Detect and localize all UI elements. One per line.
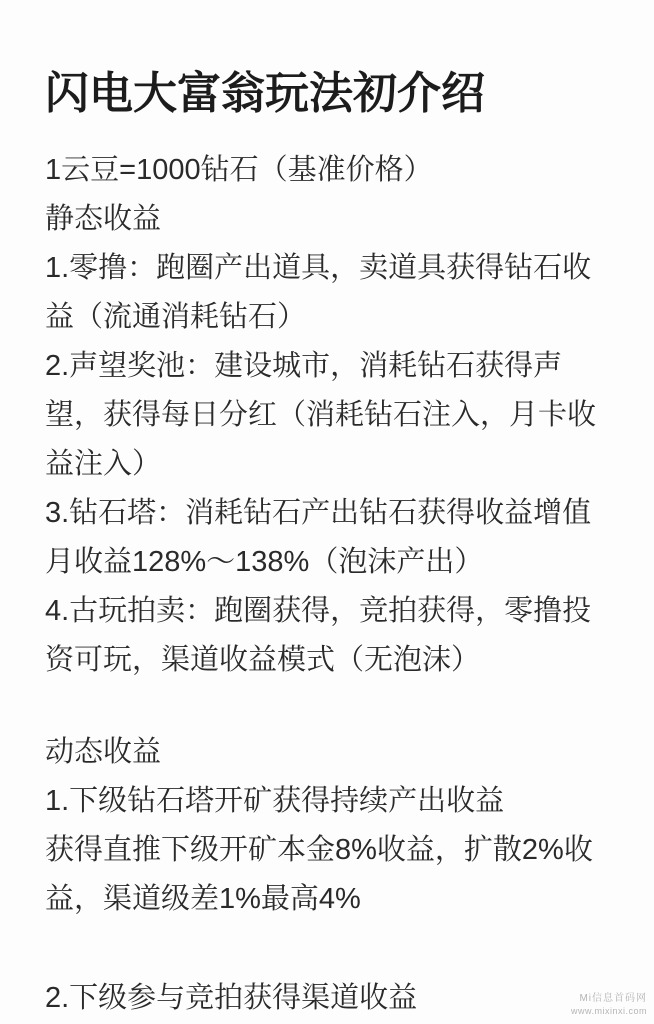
page-title: 闪电大富翁玩法初介绍 (0, 0, 654, 120)
watermark-site-url: www.mixinxi.com (571, 1005, 647, 1017)
text-line-15: 益，渠道级差1%最高4% (45, 875, 638, 924)
text-line-5: 2.声望奖池：建设城市，消耗钻石获得声 (45, 342, 638, 391)
text-line-13: 1.下级钻石塔开矿获得持续产出收益 (45, 777, 638, 826)
article-body: 1云豆=1000钻石（基准价格） 静态收益 1.零撸：跑圈产出道具，卖道具获得钻… (0, 120, 654, 1023)
text-line-1: 1云豆=1000钻石（基准价格） (45, 146, 638, 195)
text-line-3: 1.零撸：跑圈产出道具，卖道具获得钻石收 (45, 244, 638, 293)
text-line-8: 3.钻石塔：消耗钻石产出钻石获得收益增值 (45, 489, 638, 538)
article-page: 闪电大富翁玩法初介绍 1云豆=1000钻石（基准价格） 静态收益 1.零撸：跑圈… (0, 0, 654, 1024)
watermark-site-name: Mi信息首码网 (571, 993, 647, 1005)
text-line-7: 益注入） (45, 440, 638, 489)
text-line-2: 静态收益 (45, 195, 638, 244)
text-line-14: 获得直推下级开矿本金8%收益，扩散2%收 (45, 826, 638, 875)
text-line-12: 动态收益 (45, 728, 638, 777)
text-line-16: 2.下级参与竞拍获得渠道收益 (45, 974, 638, 1023)
text-line-6: 望，获得每日分红（消耗钻石注入，月卡收 (45, 391, 638, 440)
text-line-11: 资可玩，渠道收益模式（无泡沫） (45, 636, 638, 685)
text-line-9: 月收益128%～138%（泡沫产出） (45, 538, 638, 587)
text-line-10: 4.古玩拍卖：跑圈获得，竞拍获得，零撸投 (45, 587, 638, 636)
watermark: Mi信息首码网 www.mixinxi.com (571, 993, 647, 1017)
text-line-4: 益（流通消耗钻石） (45, 293, 638, 342)
